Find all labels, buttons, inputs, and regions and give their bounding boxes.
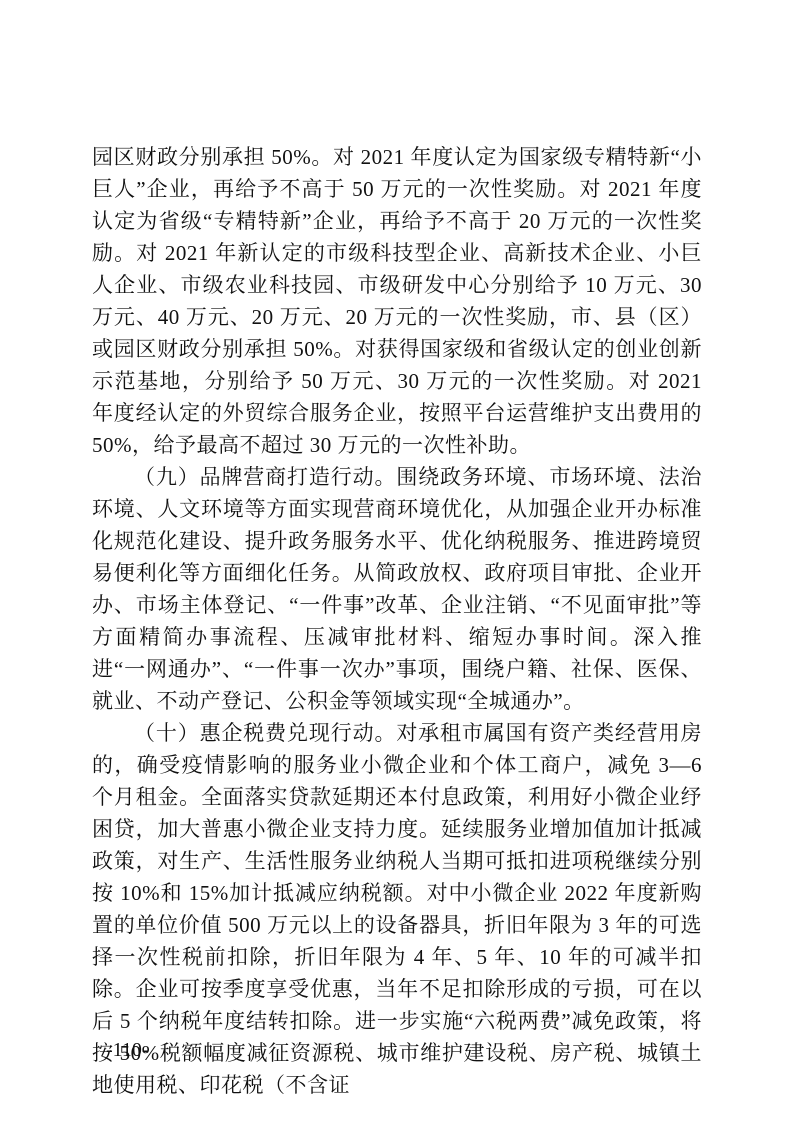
page-number: -110- bbox=[106, 1038, 149, 1062]
document-body: 园区财政分别承担 50%。对 2021 年度认定为国家级专精特新“小巨人”企业，… bbox=[92, 141, 702, 1101]
paragraph-item-nine: （九）品牌营商打造行动。围绕政务环境、市场环境、法治环境、人文环境等方面实现营商… bbox=[92, 461, 702, 717]
document-page: 园区财政分别承担 50%。对 2021 年度认定为国家级专精特新“小巨人”企业，… bbox=[0, 0, 793, 1122]
paragraph-continued: 园区财政分别承担 50%。对 2021 年度认定为国家级专精特新“小巨人”企业，… bbox=[92, 141, 702, 461]
paragraph-item-ten: （十）惠企税费兑现行动。对承租市属国有资产类经营用房的，确受疫情影响的服务业小微… bbox=[92, 717, 702, 1101]
